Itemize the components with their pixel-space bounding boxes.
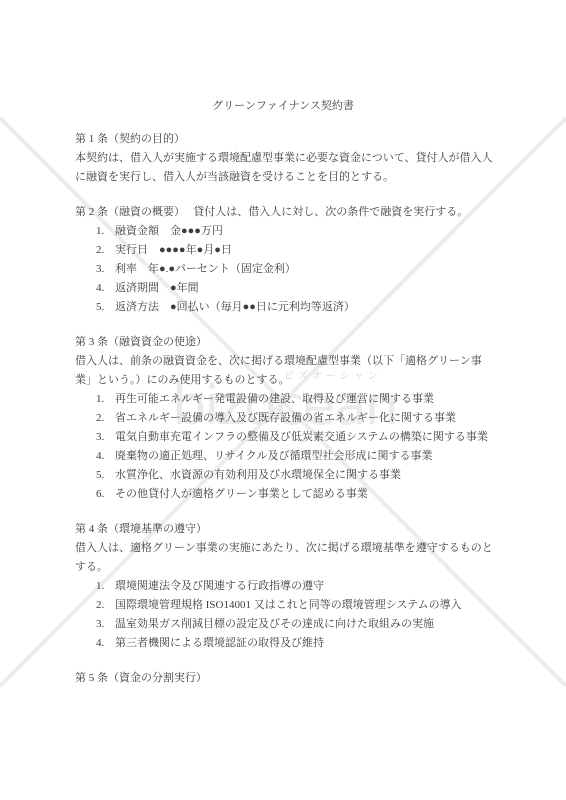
article-4: 第 4 条（環境基準の遵守） 借入人は、適格グリーン事業の実施にあたり、次に掲げ…: [75, 520, 491, 653]
article-1-heading: 第 1 条（契約の目的）: [75, 130, 491, 149]
article-1-body-line: に融資を実行し、借入人が当該融資を受けることを目的とする。: [75, 168, 491, 187]
list-item: 返済方法 ●回払い（毎月●●日に元利均等返済）: [75, 298, 491, 317]
article-4-item-list: 環境関連法令及び関連する行政指導の遵守 国際環境管理規格 ISO14001 又は…: [75, 577, 491, 653]
list-item: 廃棄物の適正処理、リサイクル及び循環型社会形成に関する事業: [75, 447, 491, 466]
article-3-item-list: 再生可能エネルギー発電設備の建設、取得及び運営に関する事業 省エネルギー設備の導…: [75, 390, 491, 504]
list-item: 利率 年●.●パーセント（固定金利）: [75, 260, 491, 279]
list-item: 返済期間 ●年間: [75, 279, 491, 298]
list-item: その他貸付人が適格グリーン事業として認める事業: [75, 485, 491, 504]
list-item: 国際環境管理規格 ISO14001 又はこれと同等の環境管理システムの導入: [75, 596, 491, 615]
article-4-body-line: する。: [75, 558, 491, 577]
article-5-heading: 第 5 条（資金の分割実行）: [75, 669, 491, 688]
article-2: 第 2 条（融資の概要） 貸付人は、借入人に対し、次の条件で融資を実行する。 融…: [75, 203, 491, 317]
contract-document: グリーンファイナンス契約書 第 1 条（契約の目的） 本契約は、借入人が実施する…: [75, 97, 491, 688]
article-3: 第 3 条（融資資金の使途） 借入人は、前条の融資資金を、次に掲げる環境配慮型事…: [75, 333, 491, 504]
article-5: 第 5 条（資金の分割実行）: [75, 669, 491, 688]
list-item: 温室効果ガス削減目標の設定及びその達成に向けた取組みの実施: [75, 615, 491, 634]
list-item: 融資金額 金●●●万円: [75, 222, 491, 241]
list-item: 電気自動車充電インフラの整備及び低炭素交通システムの構築に関する事業: [75, 428, 491, 447]
list-item: 水質浄化、水資源の有効利用及び水環境保全に関する事業: [75, 466, 491, 485]
list-item: 第三者機関による環境認証の取得及び維持: [75, 634, 491, 653]
article-4-body-line: 借入人は、適格グリーン事業の実施にあたり、次に掲げる環境基準を遵守するものと: [75, 539, 491, 558]
article-1: 第 1 条（契約の目的） 本契約は、借入人が実施する環境配慮型事業に必要な資金に…: [75, 130, 491, 187]
list-item: 省エネルギー設備の導入及び既存設備の省エネルギー化に関する事業: [75, 409, 491, 428]
article-1-body-line: 本契約は、借入人が実施する環境配慮型事業に必要な資金について、貸付人が借入人: [75, 149, 491, 168]
article-2-item-list: 融資金額 金●●●万円 実行日 ●●●●年●月●日 利率 年●.●パーセント（固…: [75, 222, 491, 317]
document-title: グリーンファイナンス契約書: [75, 97, 491, 116]
article-3-body-line: 業」という。）にのみ使用するものとする。: [75, 371, 491, 390]
article-3-heading: 第 3 条（融資資金の使途）: [75, 333, 491, 352]
list-item: 再生可能エネルギー発電設備の建設、取得及び運営に関する事業: [75, 390, 491, 409]
document-page: { "page": { "background": "#ffffff", "te…: [0, 0, 566, 800]
list-item: 環境関連法令及び関連する行政指導の遵守: [75, 577, 491, 596]
article-4-heading: 第 4 条（環境基準の遵守）: [75, 520, 491, 539]
list-item: 実行日 ●●●●年●月●日: [75, 241, 491, 260]
article-3-body-line: 借入人は、前条の融資資金を、次に掲げる環境配慮型事業（以下「適格グリーン事: [75, 352, 491, 371]
article-2-heading: 第 2 条（融資の概要） 貸付人は、借入人に対し、次の条件で融資を実行する。: [75, 203, 491, 222]
